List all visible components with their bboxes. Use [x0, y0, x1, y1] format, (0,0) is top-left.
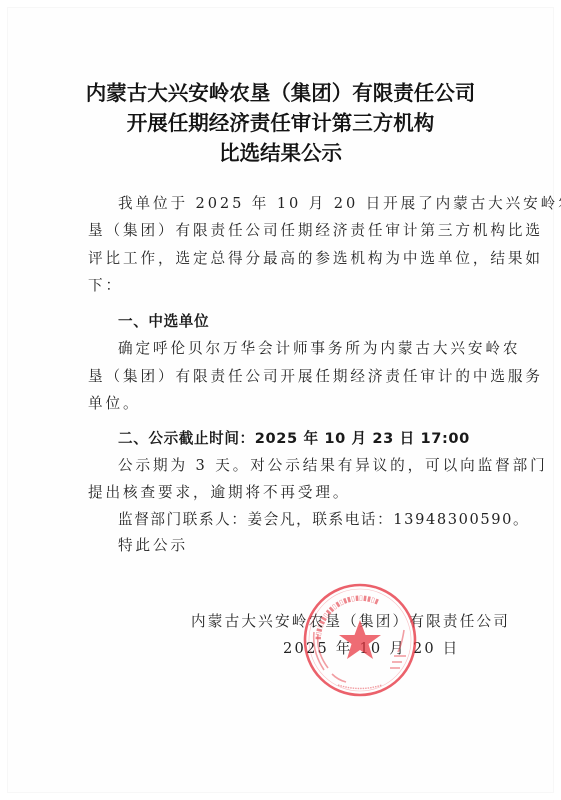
section2-line-2: 提出核查要求，逾期将不再受理。 — [88, 481, 350, 502]
section1-line-3: 单位。 — [88, 392, 140, 413]
section2-closing-line: 特此公示 — [118, 534, 188, 555]
signature-organization: 内蒙古大兴安岭农垦（集团）有限责任公司 — [191, 610, 510, 631]
section1-line-1: 确定呼伦贝尔万华会计师事务所为内蒙古大兴安岭农 — [118, 337, 520, 358]
document-title-line-2: 开展任期经济责任审计第三方机构 — [0, 106, 561, 136]
intro-line-2: 垦（集团）有限责任公司任期经济责任审计第三方机构比选 — [88, 219, 543, 240]
section2-contact-line: 监督部门联系人：姜会凡，联系电话：13948300590。 — [118, 508, 529, 529]
document-title-line-3: 比选结果公示 — [0, 136, 561, 166]
intro-line-4: 下： — [88, 274, 123, 295]
section-heading-selected-unit: 一、中选单位 — [118, 310, 209, 331]
section1-line-2: 垦（集团）有限责任公司开展任期经济责任审计的中选服务 — [88, 365, 543, 386]
intro-line-1: 我单位于 2025 年 10 月 20 日开展了内蒙古大兴安岭农 — [118, 192, 561, 213]
document-title-line-1: 内蒙古大兴安岭农垦（集团）有限责任公司 — [0, 76, 561, 106]
section2-line-1: 公示期为 3 天。对公示结果有异议的，可以向监督部门 — [118, 454, 548, 475]
intro-line-3: 评比工作，选定总得分最高的参选机构为中选单位，结果如 — [88, 247, 543, 268]
signature-date: 2025 年 10 月 20 日 — [283, 637, 459, 658]
section-heading-deadline: 二、公示截止时间：2025 年 10 月 23 日 17:00 — [118, 427, 470, 448]
